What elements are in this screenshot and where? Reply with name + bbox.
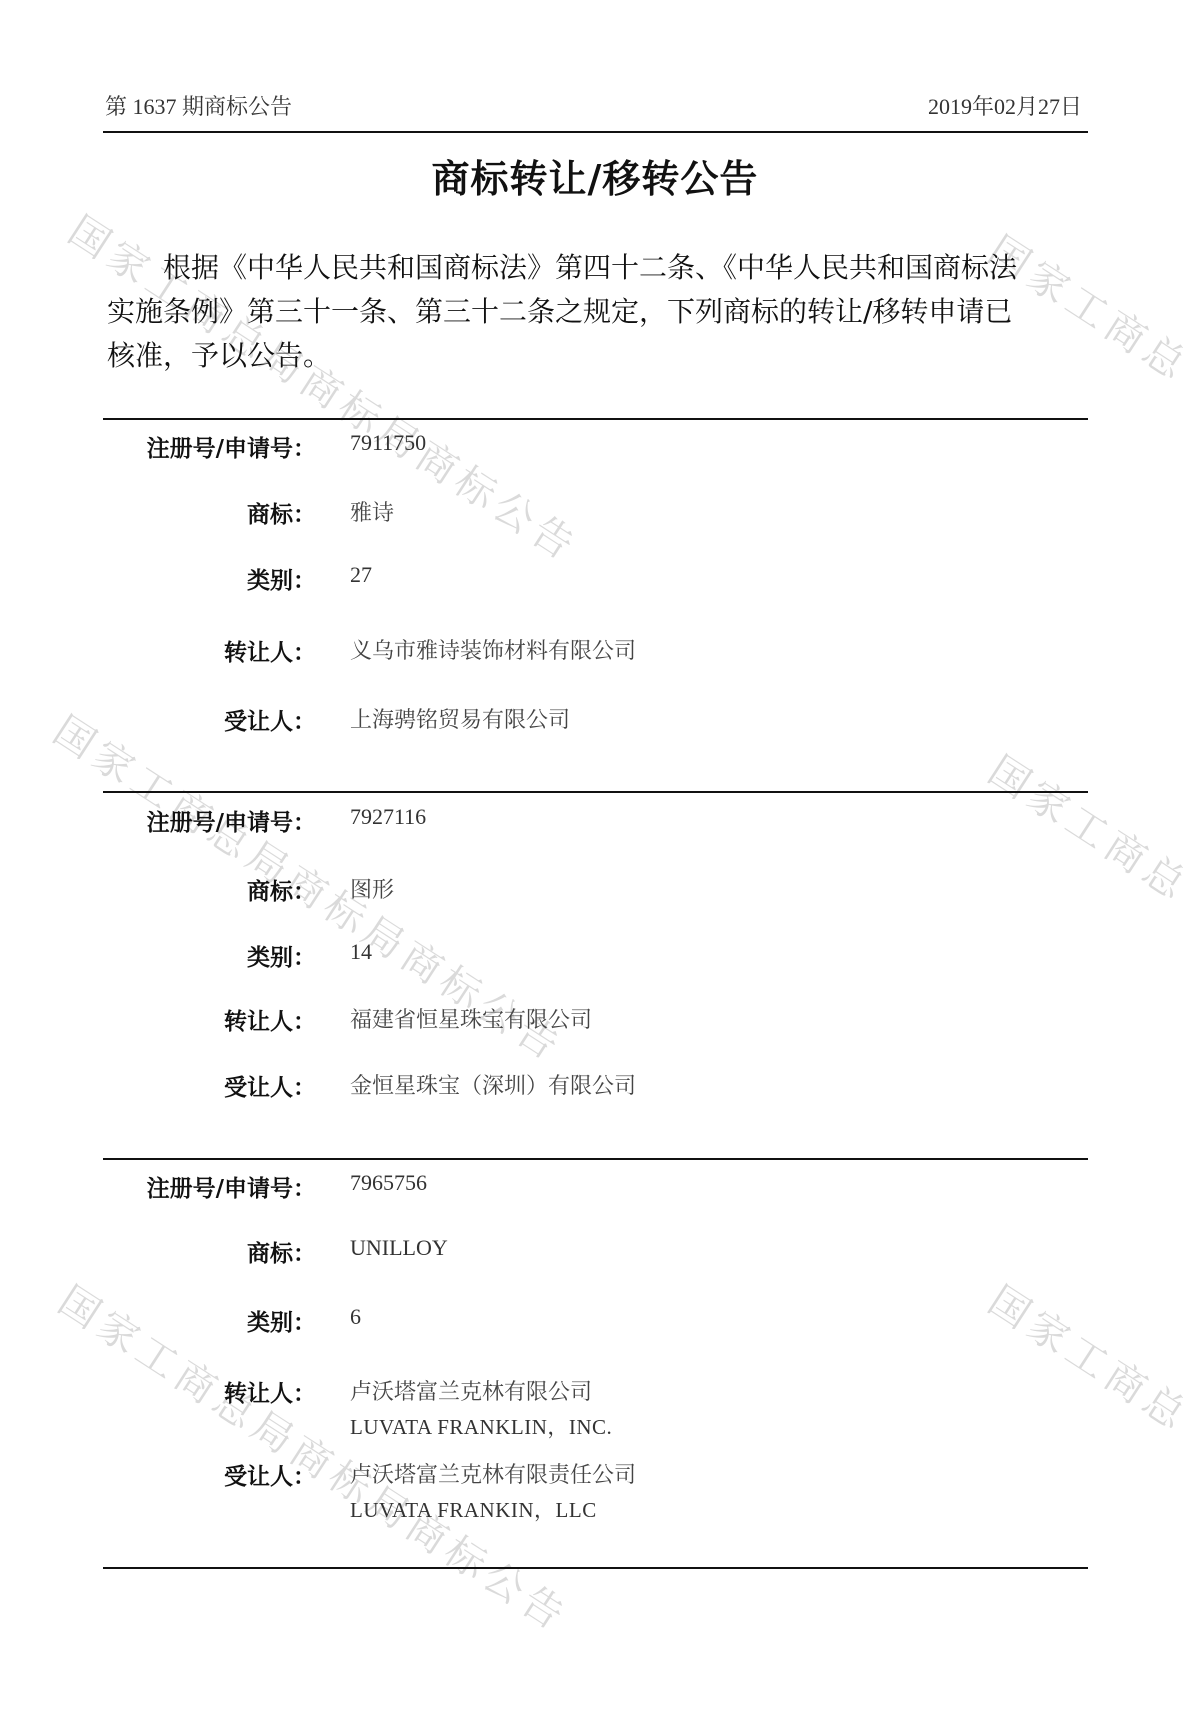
- entry-divider: [103, 1158, 1088, 1160]
- trademark-value: UNILLOY: [350, 1235, 448, 1261]
- assignor-value: 福建省恒星珠宝有限公司: [350, 1003, 592, 1034]
- assignee-label: 受让人：: [224, 703, 316, 736]
- page-title: 商标转让/移转公告: [0, 148, 1190, 203]
- entry-trademark-row: 商标： 雅诗: [0, 496, 1190, 532]
- paragraph-line: 实施条例》第三十一条、第三十二条之规定，下列商标的转让/移转申请已: [107, 290, 1092, 334]
- assignee-value: 上海骋铭贸易有限公司: [350, 703, 570, 734]
- trademark-value: 图形: [350, 873, 394, 904]
- class-label: 类别：: [247, 939, 316, 972]
- entry-assignor-row: 转让人： 卢沃塔富兰克林有限公司 LUVATA FRANKLIN，INC.: [0, 1375, 1190, 1411]
- entry-reg-no-row: 注册号/申请号： 7927116: [0, 804, 1190, 840]
- entry-trademark-row: 商标： UNILLOY: [0, 1235, 1190, 1271]
- class-value: 14: [350, 939, 372, 965]
- reg-no-value: 7911750: [350, 430, 426, 456]
- assignee-value: 卢沃塔富兰克林有限责任公司: [350, 1458, 636, 1489]
- entry-assignee-row: 受让人： 卢沃塔富兰克林有限责任公司 LUVATA FRANKIN，LLC: [0, 1458, 1190, 1494]
- assignor-value: 义乌市雅诗装饰材料有限公司: [350, 634, 636, 665]
- reg-no-value: 7927116: [350, 804, 426, 830]
- entry-assignee-row: 受让人： 上海骋铭贸易有限公司: [0, 703, 1190, 739]
- watermark: 国家工商总: [979, 1270, 1190, 1443]
- trademark-label: 商标：: [247, 873, 316, 906]
- paragraph-line: 根据《中华人民共和国商标法》第四十二条、《中华人民共和国商标法: [163, 251, 1017, 284]
- reg-no-label: 注册号/申请号：: [147, 430, 316, 463]
- trademark-label: 商标：: [247, 1235, 316, 1268]
- assignor-label: 转让人：: [224, 1375, 316, 1408]
- assignor-label: 转让人：: [224, 634, 316, 667]
- bottom-divider: [103, 1567, 1088, 1569]
- assignee-label: 受让人：: [224, 1069, 316, 1102]
- entry-divider: [103, 791, 1088, 793]
- assignee-label: 受让人：: [224, 1458, 316, 1491]
- reg-no-label: 注册号/申请号：: [147, 804, 316, 837]
- paragraph-line: 核准，予以公告。: [107, 334, 1092, 378]
- entry-assignor-row: 转让人： 福建省恒星珠宝有限公司: [0, 1003, 1190, 1039]
- entry-class-row: 类别： 6: [0, 1304, 1190, 1340]
- entry-assignor-row: 转让人： 义乌市雅诗装饰材料有限公司: [0, 634, 1190, 670]
- assignor-value-en: LUVATA FRANKLIN，INC.: [350, 1411, 612, 1441]
- class-label: 类别：: [247, 1304, 316, 1337]
- assignee-value-en: LUVATA FRANKIN，LLC: [350, 1494, 597, 1524]
- assignor-value: 卢沃塔富兰克林有限公司: [350, 1375, 592, 1406]
- class-label: 类别：: [247, 562, 316, 595]
- entry-divider: [103, 418, 1088, 420]
- assignee-value: 金恒星珠宝（深圳）有限公司: [350, 1069, 636, 1100]
- issue-number: 第 1637 期商标公告: [105, 90, 292, 121]
- intro-paragraph: 根据《中华人民共和国商标法》第四十二条、《中华人民共和国商标法 实施条例》第三十…: [107, 246, 1092, 378]
- entry-trademark-row: 商标： 图形: [0, 873, 1190, 909]
- entry-assignee-row: 受让人： 金恒星珠宝（深圳）有限公司: [0, 1069, 1190, 1105]
- entry-reg-no-row: 注册号/申请号： 7965756: [0, 1170, 1190, 1206]
- trademark-label: 商标：: [247, 496, 316, 529]
- assignor-label: 转让人：: [224, 1003, 316, 1036]
- reg-no-label: 注册号/申请号：: [147, 1170, 316, 1203]
- reg-no-value: 7965756: [350, 1170, 427, 1196]
- publication-date: 2019年02月27日: [928, 90, 1082, 121]
- entry-reg-no-row: 注册号/申请号： 7911750: [0, 430, 1190, 466]
- entry-class-row: 类别： 27: [0, 562, 1190, 598]
- header-divider: [103, 131, 1088, 133]
- class-value: 27: [350, 562, 372, 588]
- entry-class-row: 类别： 14: [0, 939, 1190, 975]
- trademark-value: 雅诗: [350, 496, 394, 527]
- class-value: 6: [350, 1304, 361, 1330]
